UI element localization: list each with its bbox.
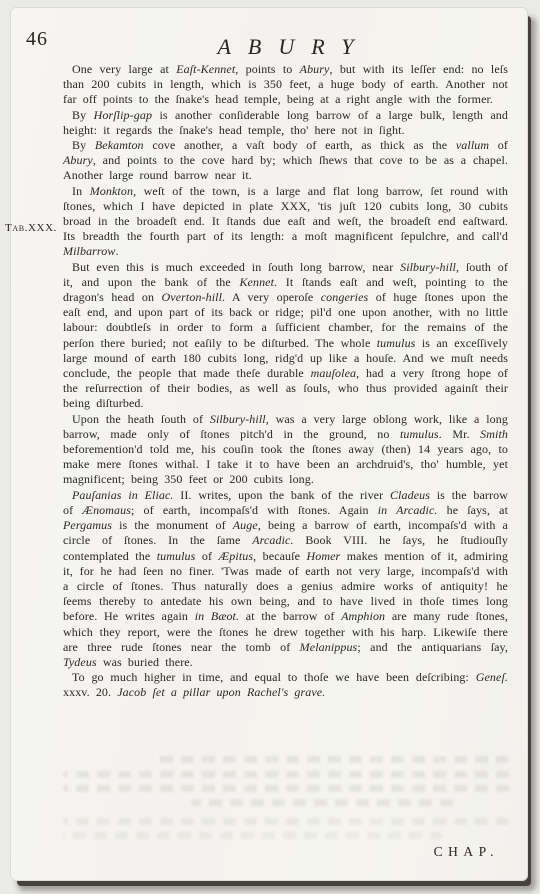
catchword: CHAP. bbox=[434, 844, 499, 860]
paragraph: Pauſanias in Eliac. II. writes, upon the… bbox=[63, 488, 508, 670]
show-through-line bbox=[63, 832, 443, 839]
paragraph: To go much higher in time, and equal to … bbox=[63, 670, 508, 700]
paragraph: In Monkton, weſt of the town, is a large… bbox=[63, 184, 508, 260]
paragraph: By Bekamton cove another, a vaſt body of… bbox=[63, 138, 508, 184]
body-text: One very large at Eaſt-Kennet, points to… bbox=[63, 62, 508, 701]
page-number: 46 bbox=[26, 28, 48, 51]
book-page: 46 ABURY Tab.XXX. One very large at Eaſt… bbox=[10, 7, 528, 881]
margin-note-plate-reference: Tab.XXX. bbox=[5, 222, 57, 234]
paragraph: But even this is much exceeded in ſouth … bbox=[63, 260, 508, 412]
paragraph: One very large at Eaſt-Kennet, points to… bbox=[63, 62, 508, 108]
show-through-line bbox=[191, 799, 453, 806]
scanned-book-photo: 46 ABURY Tab.XXX. One very large at Eaſt… bbox=[0, 0, 540, 894]
paragraph: By Horſlip-gap is another conſiderable l… bbox=[63, 108, 508, 138]
show-through-line bbox=[63, 818, 509, 825]
show-through-line bbox=[63, 785, 509, 792]
paragraph: Upon the heath ſouth of Silbury-hill, wa… bbox=[63, 412, 508, 488]
running-title: ABURY bbox=[63, 34, 508, 60]
show-through-line bbox=[63, 771, 509, 778]
show-through-line bbox=[151, 756, 509, 763]
